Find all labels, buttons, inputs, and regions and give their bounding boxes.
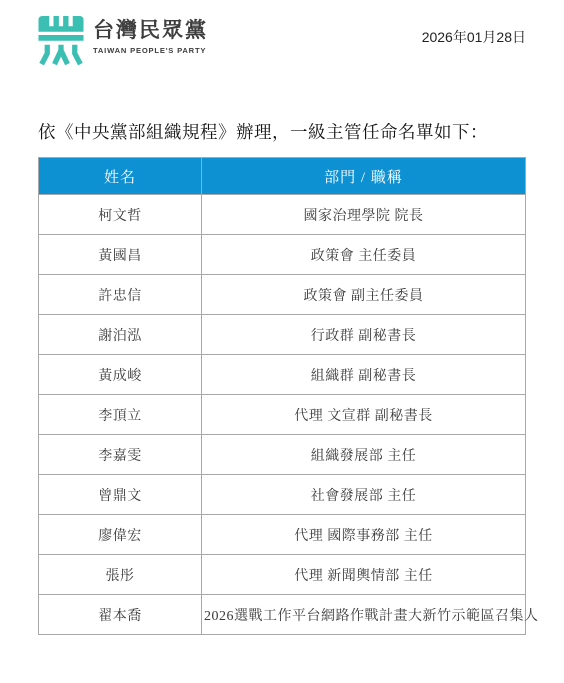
department-title-cell: 政策會 副主任委員 (202, 275, 526, 315)
name-cell: 曾鼎文 (39, 475, 202, 515)
table-row: 黃成峻組織群 副秘書長 (39, 355, 526, 395)
name-cell: 李嘉雯 (39, 435, 202, 475)
department-title-cell: 行政群 副秘書長 (202, 315, 526, 355)
party-logo: 台灣民眾黨 TAIWAN PEOPLE'S PARTY (38, 16, 208, 66)
roster-body: 柯文哲國家治理學院 院長黃國昌政策會 主任委員許忠信政策會 副主任委員謝泊泓行政… (39, 195, 526, 635)
table-row: 張彤代理 新聞輿情部 主任 (39, 555, 526, 595)
table-row: 黃國昌政策會 主任委員 (39, 235, 526, 275)
document-page: 台灣民眾黨 TAIWAN PEOPLE'S PARTY 2026年01月28日 … (0, 0, 564, 683)
logo-text: 台灣民眾黨 TAIWAN PEOPLE'S PARTY (93, 16, 208, 55)
table-row: 廖偉宏代理 國際事務部 主任 (39, 515, 526, 555)
table-row: 柯文哲國家治理學院 院長 (39, 195, 526, 235)
logo-subtitle: TAIWAN PEOPLE'S PARTY (93, 46, 208, 55)
name-cell: 張彤 (39, 555, 202, 595)
name-cell: 黃成峻 (39, 355, 202, 395)
name-cell: 許忠信 (39, 275, 202, 315)
department-title-cell: 代理 文宣群 副秘書長 (202, 395, 526, 435)
name-cell: 翟本喬 (39, 595, 202, 635)
department-title-cell: 組織發展部 主任 (202, 435, 526, 475)
name-cell: 廖偉宏 (39, 515, 202, 555)
name-cell: 李頂立 (39, 395, 202, 435)
department-title-cell: 代理 國際事務部 主任 (202, 515, 526, 555)
table-row: 翟本喬2026選戰工作平台網路作戰計畫大新竹示範區召集人 (39, 595, 526, 635)
table-row: 李嘉雯組織發展部 主任 (39, 435, 526, 475)
department-title-cell: 政策會 主任委員 (202, 235, 526, 275)
logo-title: 台灣民眾黨 (93, 19, 208, 43)
table-header-row: 姓名 部門 / 職稱 (39, 158, 526, 195)
appointment-table: 姓名 部門 / 職稱 柯文哲國家治理學院 院長黃國昌政策會 主任委員許忠信政策會… (38, 157, 526, 635)
name-cell: 柯文哲 (39, 195, 202, 235)
table-row: 曾鼎文社會發展部 主任 (39, 475, 526, 515)
table-row: 李頂立代理 文宣群 副秘書長 (39, 395, 526, 435)
table-row: 許忠信政策會 副主任委員 (39, 275, 526, 315)
department-title-cell: 社會發展部 主任 (202, 475, 526, 515)
department-title-cell: 組織群 副秘書長 (202, 355, 526, 395)
department-title-cell: 國家治理學院 院長 (202, 195, 526, 235)
document-date: 2026年01月28日 (422, 27, 526, 47)
tpp-emblem-icon (38, 16, 84, 66)
department-title-cell: 代理 新聞輿情部 主任 (202, 555, 526, 595)
table-row: 謝泊泓行政群 副秘書長 (39, 315, 526, 355)
name-cell: 謝泊泓 (39, 315, 202, 355)
name-cell: 黃國昌 (39, 235, 202, 275)
intro-text: 依《中央黨部組織規程》辦理，一級主管任命名單如下： (38, 119, 526, 144)
column-header-department-title: 部門 / 職稱 (202, 158, 526, 195)
column-header-name: 姓名 (39, 158, 202, 195)
department-title-cell: 2026選戰工作平台網路作戰計畫大新竹示範區召集人 (202, 595, 526, 635)
masthead: 台灣民眾黨 TAIWAN PEOPLE'S PARTY 2026年01月28日 (38, 16, 526, 72)
